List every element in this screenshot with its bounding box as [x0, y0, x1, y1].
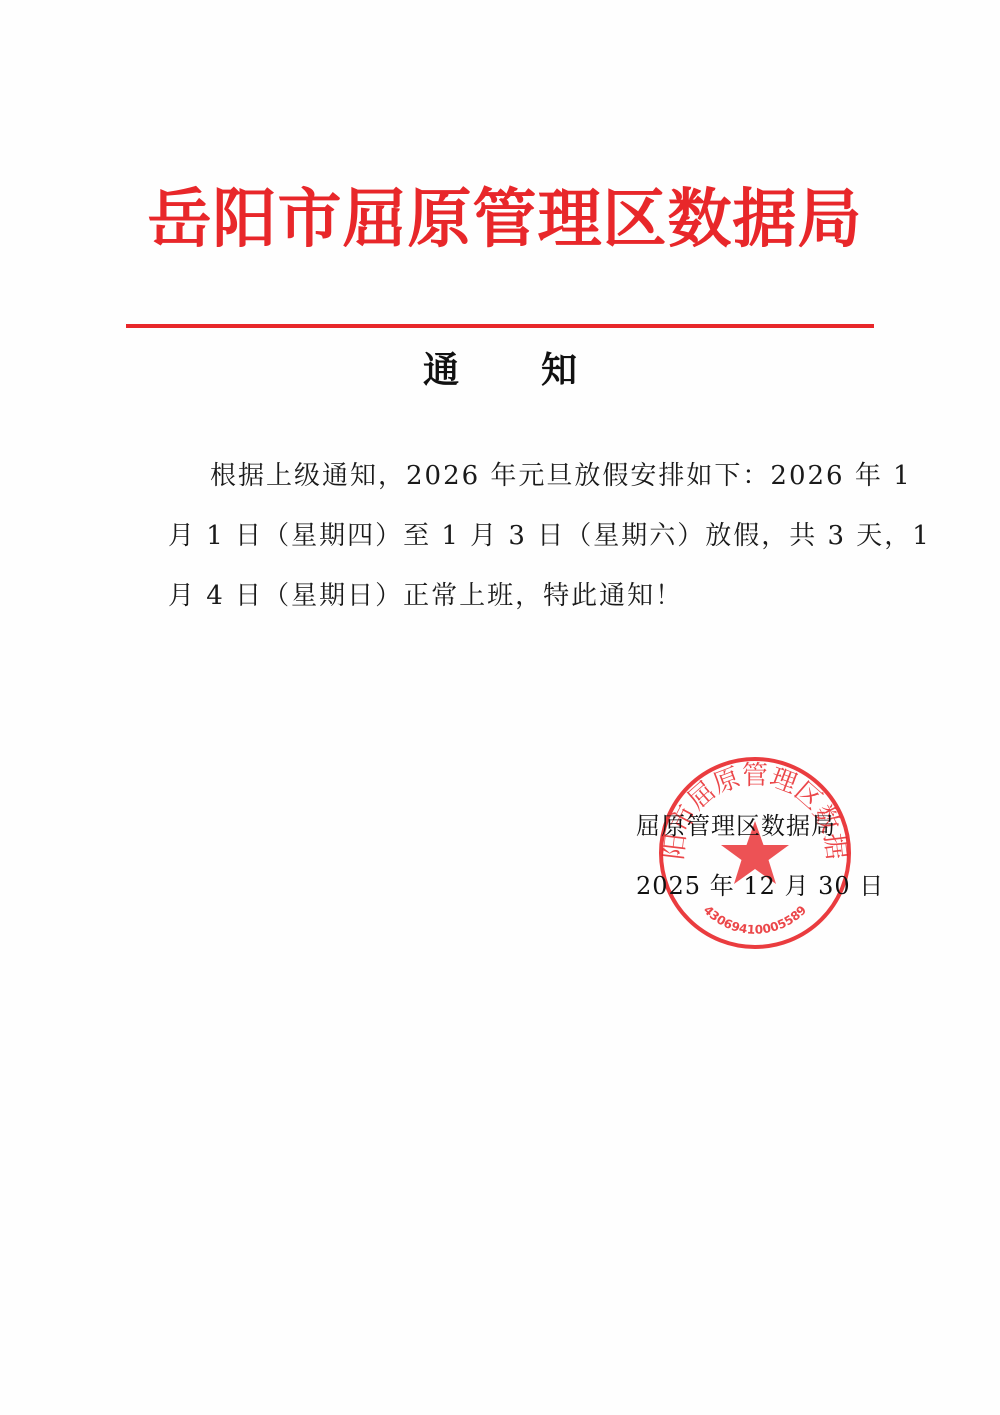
issuer-signature: 屈原管理区数据局	[636, 806, 836, 846]
seal-code: 43069410005589	[701, 903, 809, 937]
issue-date: 2025 年 12 月 30 日	[636, 866, 884, 906]
document-page: 岳阳市屈原管理区数据局 通知 根据上级通知，2026 年元旦放假安排如下：202…	[0, 0, 1000, 1415]
body-line-2: 月 1 日（星期四）至 1 月 3 日（星期六）放假，共 3 天，1	[168, 512, 931, 560]
body-line-1: 根据上级通知，2026 年元旦放假安排如下：2026 年 1	[210, 452, 912, 500]
official-seal: 岳阳市屈原管理区数据局 43069410005589	[655, 753, 855, 953]
issuer-masthead: 岳阳市屈原管理区数据局	[130, 180, 880, 260]
document-title: 通知	[0, 342, 1000, 398]
title-char-1: 通	[423, 342, 459, 398]
red-divider-line	[126, 324, 874, 328]
body-line-3: 月 4 日（星期日）正常上班，特此通知！	[168, 572, 683, 620]
svg-text:43069410005589: 43069410005589	[701, 903, 809, 937]
title-char-2: 知	[541, 342, 577, 398]
